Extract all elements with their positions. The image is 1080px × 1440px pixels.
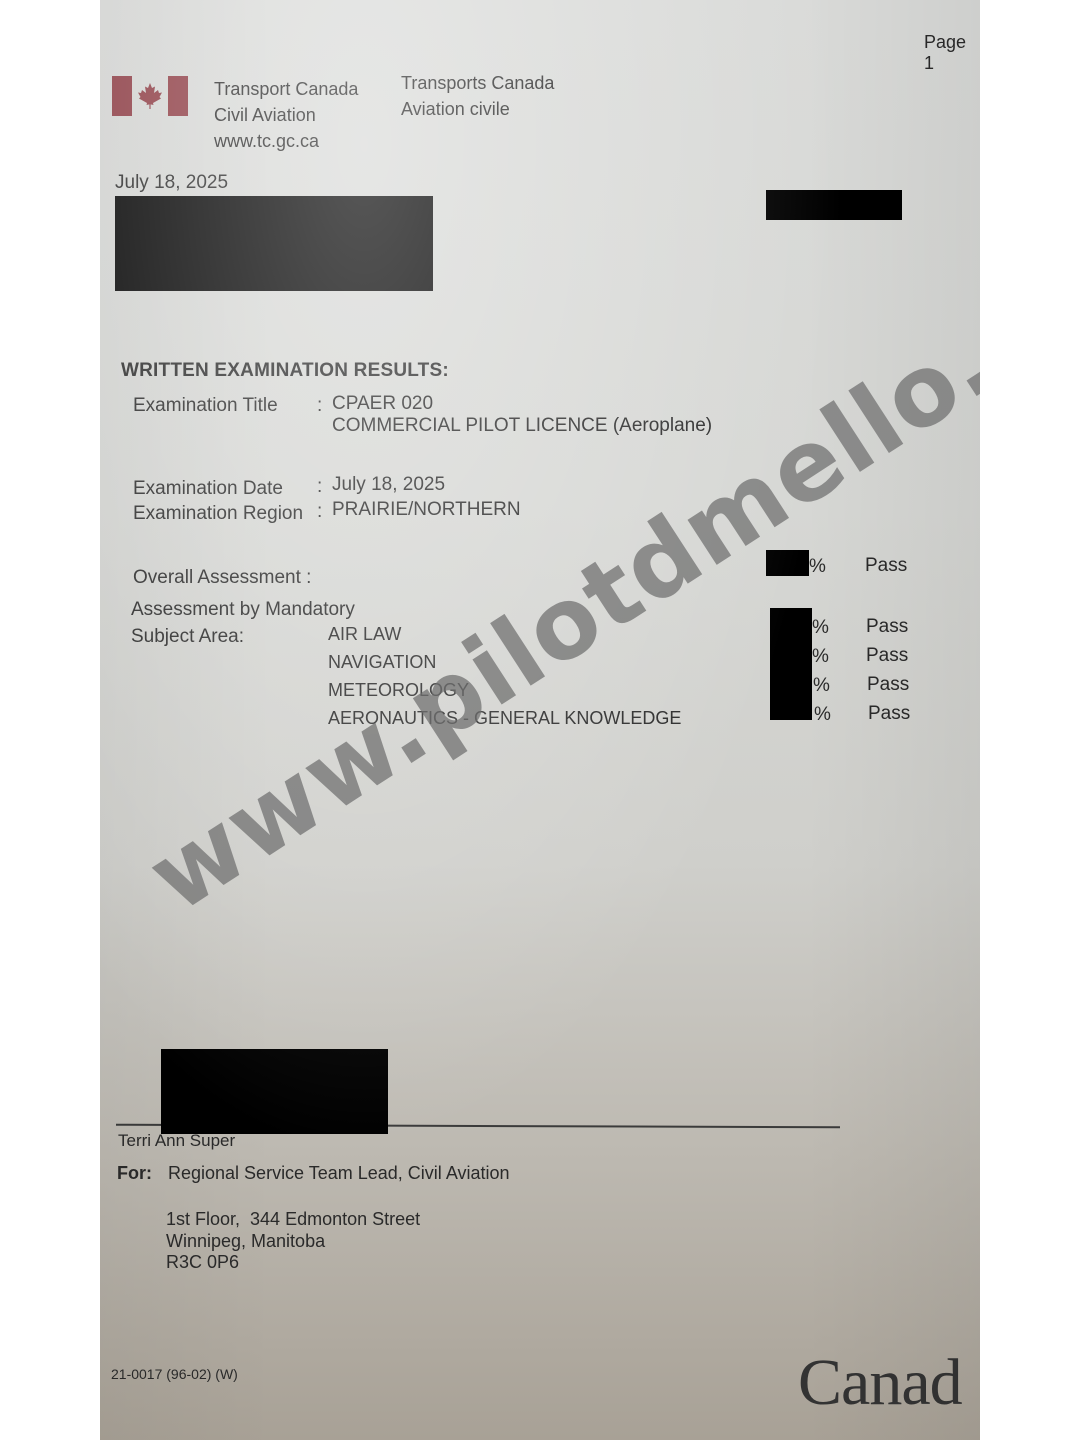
subject-result: Pass [866,645,908,667]
watermark: www.pilotdmello.com [129,180,980,935]
subject-result: Pass [868,703,910,725]
page-number: Page 1 [924,32,980,74]
subject-percent-sign: % [814,704,831,726]
signer-title: Regional Service Team Lead, Civil Aviati… [168,1163,510,1184]
separator: : [317,501,322,523]
redacted-subject-scores [770,608,812,720]
exam-title-label: Examination Title [133,395,278,417]
exam-region-value: PRAIRIE/NORTHERN [332,499,521,521]
exam-date-label: Examination Date [133,478,283,500]
dept-name-en: Transport Canada [214,76,358,102]
address-line-2: Winnipeg, Manitoba [166,1230,325,1252]
overall-percent-sign: % [809,556,826,578]
form-code: 21-0017 (96-02) (W) [111,1366,238,1382]
letter-date: July 18, 2025 [115,172,228,194]
for-label: For: [117,1163,152,1184]
subject-percent-sign: % [813,675,830,697]
redacted-reference [766,190,902,220]
overall-result: Pass [865,555,907,577]
subject-name: NAVIGATION [328,652,436,673]
header-english: Transport Canada Civil Aviation www.tc.g… [214,76,358,154]
redacted-signature [161,1049,388,1134]
exam-region-label: Examination Region [133,503,303,525]
subject-name: AIR LAW [328,624,401,645]
redacted-recipient-address [115,196,433,291]
canada-wordmark: Canad [798,1345,962,1421]
exam-date-value: July 18, 2025 [332,474,445,496]
mandatory-label-line2: Subject Area: [131,626,244,648]
exam-name: COMMERCIAL PILOT LICENCE (Aeroplane) [332,415,712,437]
division-en: Civil Aviation [214,102,358,128]
address-postal-code: R3C 0P6 [166,1251,239,1273]
subject-name: METEOROLOGY [328,680,469,701]
separator: : [317,395,322,417]
header-french: Transports Canada Aviation civile [401,70,554,122]
canada-flag-icon [112,76,188,116]
redacted-overall-score [766,550,809,576]
subject-result: Pass [866,616,908,638]
subject-percent-sign: % [812,617,829,639]
address-line-1: 1st Floor, 344 Edmonton Street [166,1208,420,1230]
subject-percent-sign: % [812,646,829,668]
separator: : [317,476,322,498]
overall-assessment-label: Overall Assessment : [133,567,311,589]
document-page: Page 1 Transport Canada Civil Aviation w… [100,0,980,1440]
division-fr: Aviation civile [401,96,554,122]
maple-leaf-icon [137,82,163,110]
signer-name: Terri Ann Super [118,1131,235,1151]
section-title: WRITTEN EXAMINATION RESULTS: [121,360,449,382]
dept-name-fr: Transports Canada [401,70,554,96]
subject-result: Pass [867,674,909,696]
mandatory-label-line1: Assessment by Mandatory [131,599,355,621]
website-link: www.tc.gc.ca [214,128,358,154]
exam-code: CPAER 020 [332,393,433,415]
subject-name: AERONAUTICS - GENERAL KNOWLEDGE [328,708,681,729]
